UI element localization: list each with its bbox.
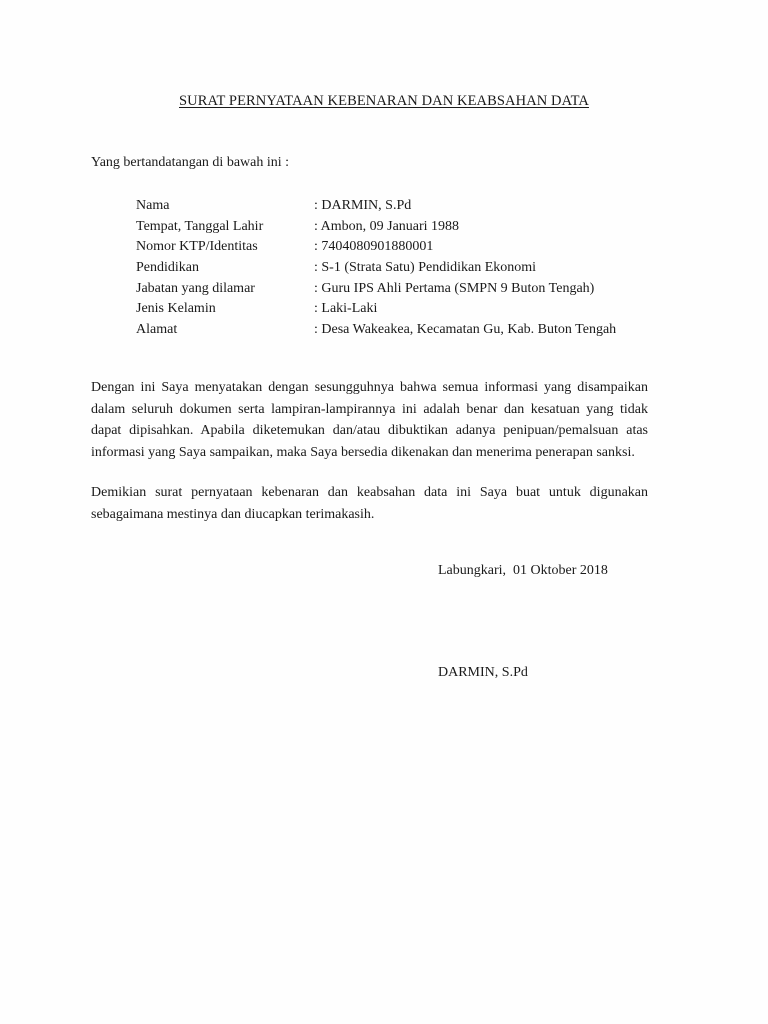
field-label: Pendidikan <box>136 258 314 279</box>
field-value: 7404080901880001 <box>314 237 433 258</box>
field-value: Guru IPS Ahli Pertama (SMPN 9 Buton Teng… <box>314 279 594 300</box>
field-row-address: Alamat Desa Wakeakea, Kecamatan Gu, Kab.… <box>136 320 616 341</box>
document-page: SURAT PERNYATAAN KEBENARAN DAN KEABSAHAN… <box>0 0 768 1024</box>
place-date: Labungkari, 01 Oktober 2018 <box>438 563 608 579</box>
field-value: DARMIN, S.Pd <box>314 196 411 217</box>
field-row-ktp: Nomor KTP/Identitas 7404080901880001 <box>136 237 616 258</box>
field-label: Jenis Kelamin <box>136 299 314 320</box>
signer-name: DARMIN, S.Pd <box>438 665 528 681</box>
field-row-education: Pendidikan S-1 (Strata Satu) Pendidikan … <box>136 258 616 279</box>
field-label: Nomor KTP/Identitas <box>136 237 314 258</box>
field-value: Ambon, 09 Januari 1988 <box>314 217 459 238</box>
closing-paragraph: Demikian surat pernyataan kebenaran dan … <box>91 482 648 525</box>
field-row-gender: Jenis Kelamin Laki-Laki <box>136 299 616 320</box>
field-value: Laki-Laki <box>314 299 377 320</box>
identity-fields: Nama DARMIN, S.Pd Tempat, Tanggal Lahir … <box>136 196 616 341</box>
field-row-birth: Tempat, Tanggal Lahir Ambon, 09 Januari … <box>136 217 616 238</box>
field-label: Jabatan yang dilamar <box>136 279 314 300</box>
intro-text: Yang bertandatangan di bawah ini : <box>91 155 289 171</box>
field-label: Tempat, Tanggal Lahir <box>136 217 314 238</box>
field-value: Desa Wakeakea, Kecamatan Gu, Kab. Buton … <box>314 320 616 341</box>
statement-paragraph: Dengan ini Saya menyatakan dengan sesung… <box>91 377 648 463</box>
document-title: SURAT PERNYATAAN KEBENARAN DAN KEABSAHAN… <box>0 93 768 110</box>
field-row-nama: Nama DARMIN, S.Pd <box>136 196 616 217</box>
field-label: Alamat <box>136 320 314 341</box>
field-value: S-1 (Strata Satu) Pendidikan Ekonomi <box>314 258 536 279</box>
field-row-position: Jabatan yang dilamar Guru IPS Ahli Perta… <box>136 279 616 300</box>
field-label: Nama <box>136 196 314 217</box>
